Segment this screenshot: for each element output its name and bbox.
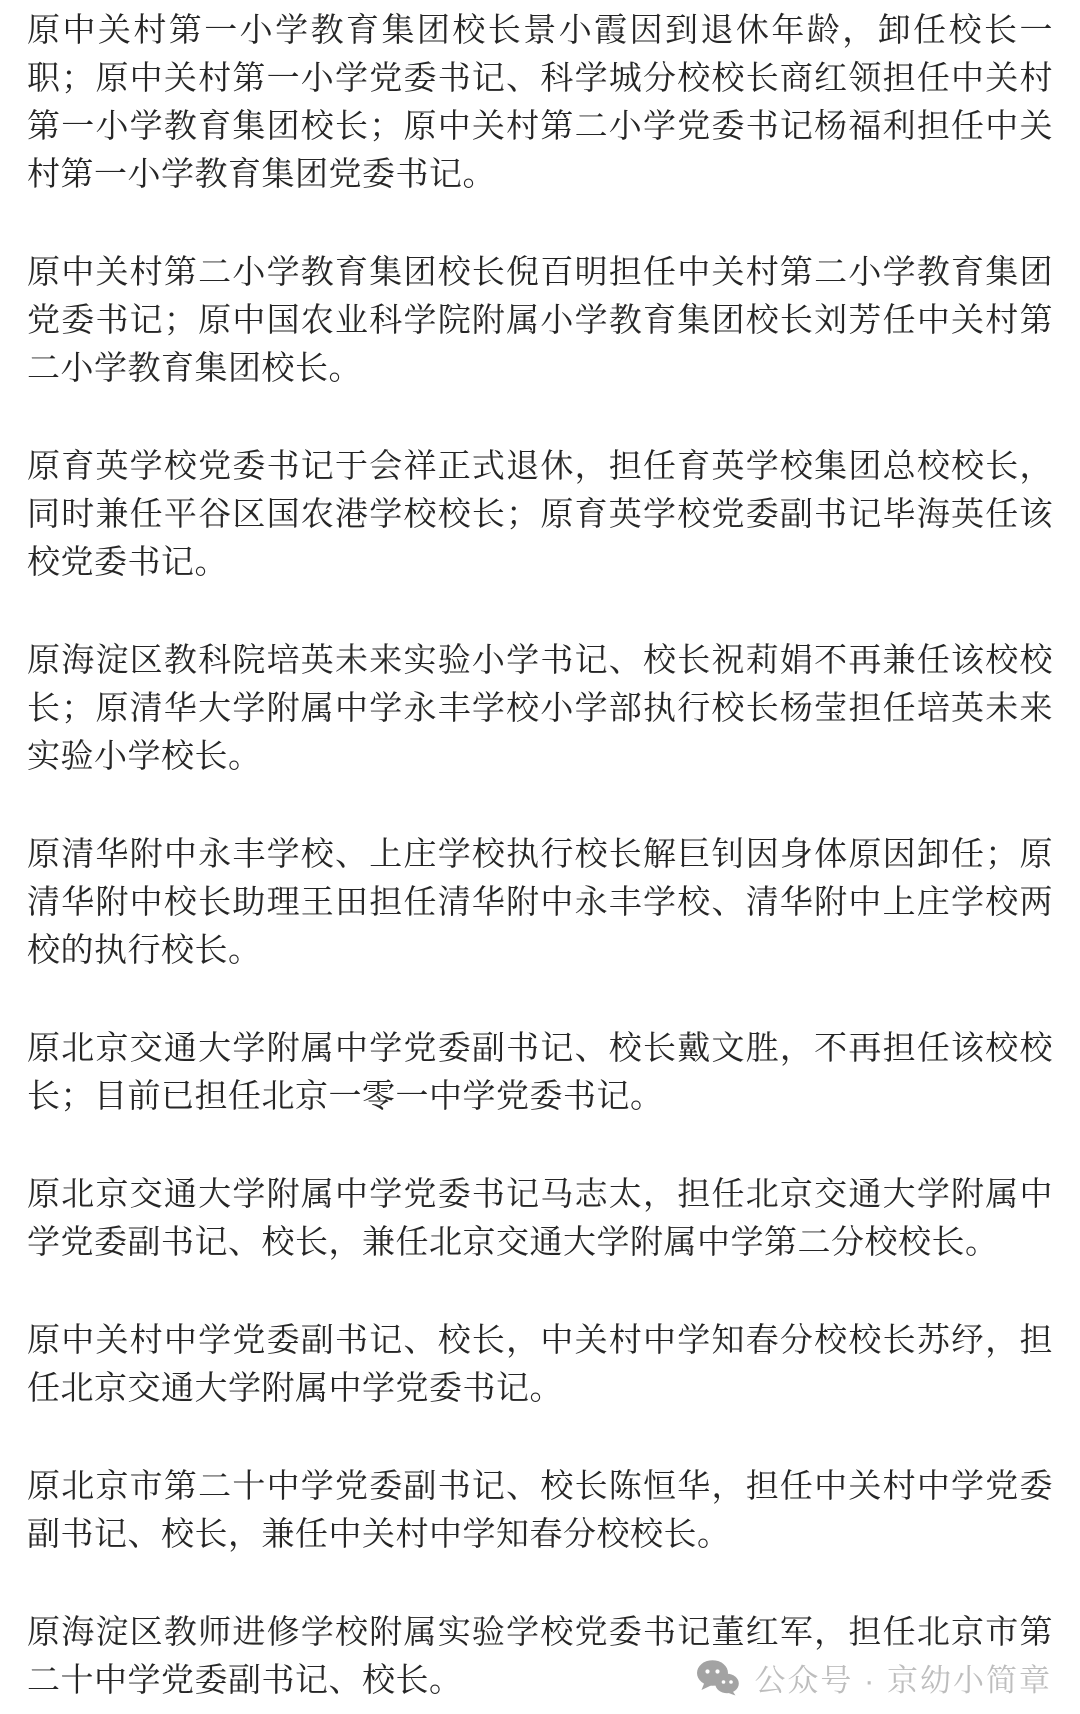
article-body: 原中关村第一小学教育集团校长景小霞因到退休年龄，卸任校长一职；原中关村第一小学党… [0,0,1080,1704]
watermark-text: 公众号 · 京幼小简章 [754,1655,1052,1700]
paragraph: 原海淀区教科院培英未来实验小学书记、校长祝莉娟不再兼任该校校长；原清华大学附属中… [27,636,1053,780]
paragraph: 原育英学校党委书记于会祥正式退休，担任育英学校集团总校校长，同时兼任平谷区国农港… [27,442,1053,586]
paragraph: 原中关村第一小学教育集团校长景小霞因到退休年龄，卸任校长一职；原中关村第一小学党… [27,6,1053,198]
paragraph: 原北京市第二十中学党委副书记、校长陈恒华，担任中关村中学党委副书记、校长，兼任中… [27,1462,1053,1558]
paragraph: 原中关村第二小学教育集团校长倪百明担任中关村第二小学教育集团党委书记；原中国农业… [27,248,1053,392]
paragraph: 原清华附中永丰学校、上庄学校执行校长解巨钊因身体原因卸任；原清华附中校长助理王田… [27,830,1053,974]
paragraph: 原北京交通大学附属中学党委副书记、校长戴文胜，不再担任该校校长；目前已担任北京一… [27,1024,1053,1120]
wechat-watermark: 公众号 · 京幼小简章 [696,1655,1052,1700]
paragraph: 原北京交通大学附属中学党委书记马志太，担任北京交通大学附属中学党委副书记、校长，… [27,1170,1053,1266]
wechat-icon [696,1659,740,1697]
paragraph: 原中关村中学党委副书记、校长，中关村中学知春分校校长苏纾，担任北京交通大学附属中… [27,1316,1053,1412]
